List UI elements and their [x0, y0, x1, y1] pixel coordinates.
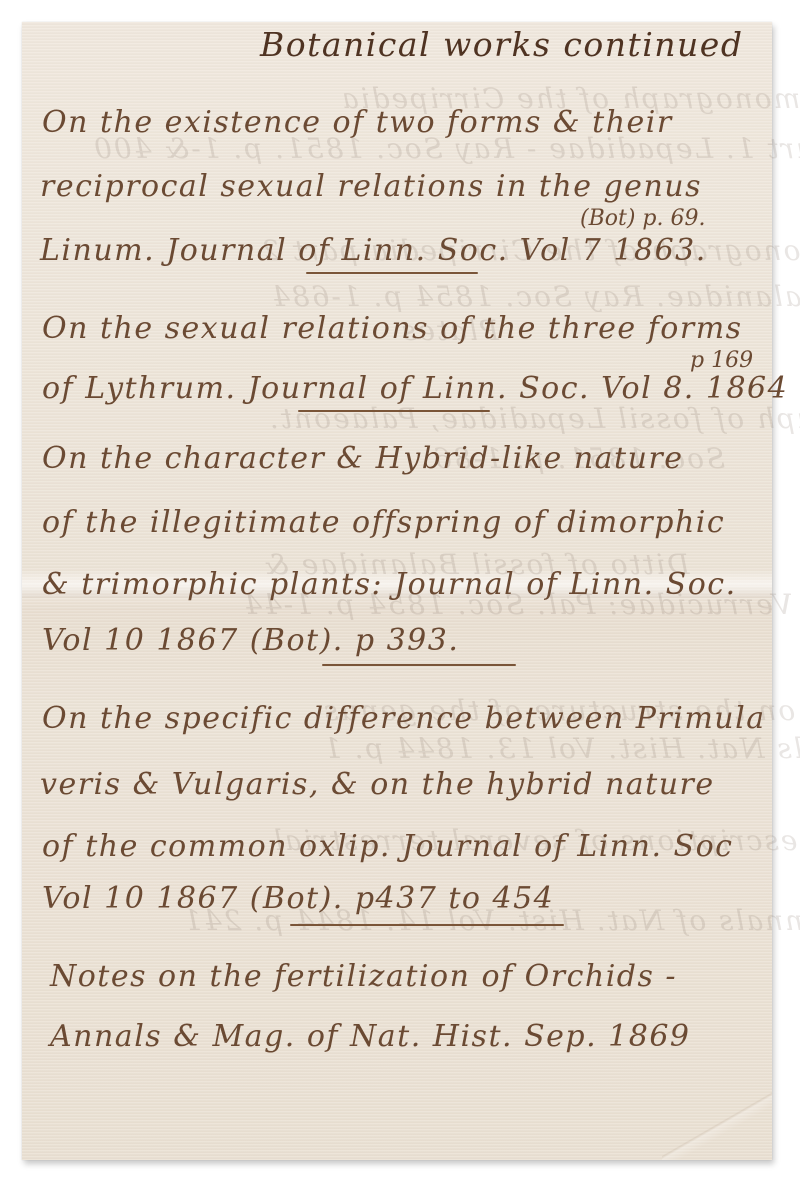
bleed-through-line: Monograph of fossil Lepadidae, Palaeont. [268, 402, 800, 435]
page-heading: Botanical works continued [260, 28, 743, 61]
entry-2-line-1: On the sexual relations of the three for… [42, 314, 743, 344]
entry-4-line-1: On the specific difference between Primu… [42, 704, 766, 734]
entry-3-line-3: & trimorphic plants: Journal of Linn. So… [42, 570, 737, 600]
entry-separator [306, 272, 478, 274]
bleed-through-line: Balanidae. Ray Soc. 1854 p. 1-684 [270, 280, 800, 313]
entry-3-line-4: Vol 10 1867 (Bot). p 393. [42, 626, 459, 656]
entry-4-line-2: veris & Vulgaris, & on the hybrid nature [40, 770, 715, 800]
bleed-through-line: Sagitta. Annals Nat. Hist. Vol 13. 1844 … [322, 732, 800, 765]
entry-5-line-2: Annals & Mag. of Nat. Hist. Sep. 1869 [50, 1022, 691, 1052]
entry-separator [298, 410, 490, 412]
entry-separator [290, 924, 564, 926]
entry-2-annotation: p 169 [690, 348, 753, 373]
entry-1-line-3: Linum. Journal of Linn. Soc. Vol 7 1863. [40, 236, 707, 266]
corner-crease [662, 1090, 772, 1160]
entry-1-line-1: On the existence of two forms & their [42, 108, 673, 138]
entry-separator [322, 664, 516, 666]
entry-1-annotation: (Bot) p. 69. [580, 206, 705, 231]
manuscript-page: A monograph of the Cirripedia Part 1. Le… [22, 22, 772, 1160]
entry-1-line-2: reciprocal sexual relations in the genus [40, 172, 702, 202]
entry-4-line-3: of the common oxlip. Journal of Linn. So… [42, 832, 733, 862]
entry-4-line-4: Vol 10 1867 (Bot). p437 to 454 [42, 884, 554, 914]
entry-3-line-2: of the illegitimate offspring of dimorph… [42, 508, 725, 538]
entry-2-line-2: of Lythrum. Journal of Linn. Soc. Vol 8.… [42, 374, 788, 404]
entry-5-line-1: Notes on the fertilization of Orchids - [50, 962, 677, 992]
entry-3-line-1: On the character & Hybrid-like nature [42, 444, 684, 474]
